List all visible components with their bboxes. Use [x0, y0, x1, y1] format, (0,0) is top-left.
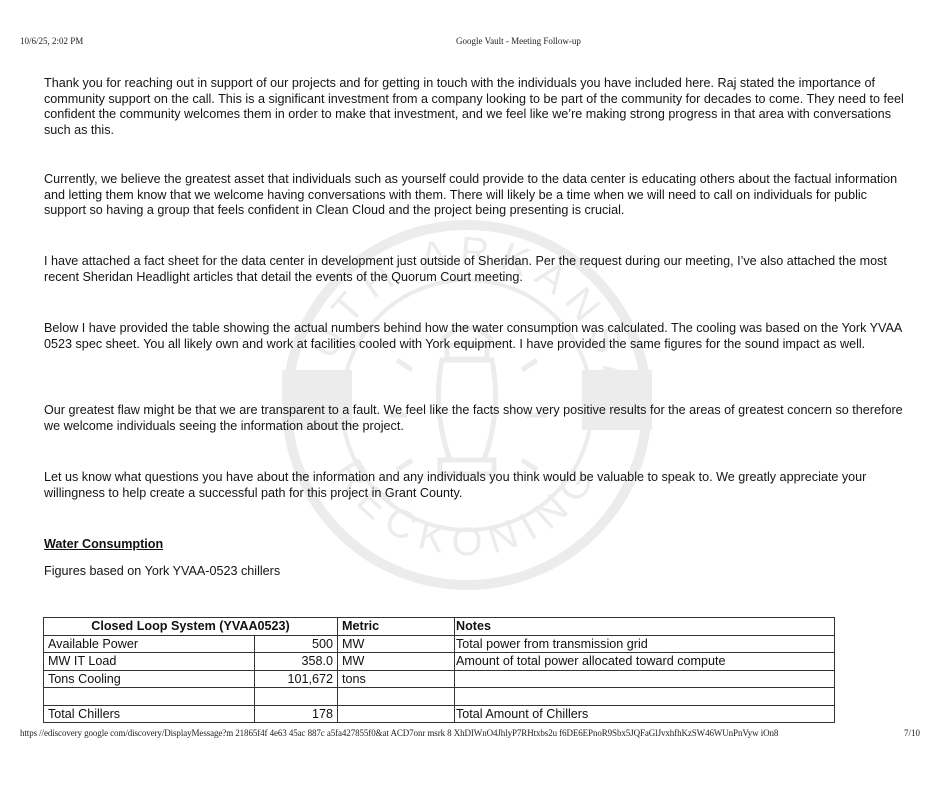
table-row: Total Chillers 178 Total Amount of Chill… — [44, 705, 835, 723]
row-metric — [338, 688, 455, 706]
section-subtitle: Figures based on York YVAA-0523 chillers — [44, 564, 280, 578]
row-label — [44, 688, 255, 706]
table-row — [44, 688, 835, 706]
print-datetime: 10/6/25, 2:02 PM — [20, 36, 83, 46]
row-metric: MW — [338, 653, 455, 671]
table-row: Tons Cooling 101,672 tons — [44, 670, 835, 688]
row-label: Total Chillers — [44, 705, 255, 723]
row-value: 101,672 — [255, 670, 338, 688]
table-row: Available Power 500 MW Total power from … — [44, 635, 835, 653]
table-row: MW IT Load 358.0 MW Amount of total powe… — [44, 653, 835, 671]
paragraph-table-intro: Below I have provided the table showing … — [44, 321, 904, 352]
row-metric — [338, 705, 455, 723]
header-system: Closed Loop System (YVAA0523) — [44, 618, 338, 636]
watermark-top-text: SOUTH ARKANSAS — [282, 220, 643, 403]
section-title-water-consumption: Water Consumption — [44, 537, 163, 551]
row-notes: Total power from transmission grid — [455, 635, 835, 653]
row-label: Available Power — [44, 635, 255, 653]
water-consumption-table: Closed Loop System (YVAA0523) Metric Not… — [43, 617, 835, 723]
row-value: 500 — [255, 635, 338, 653]
svg-text:SOUTH ARKANSAS: SOUTH ARKANSAS — [282, 220, 643, 403]
paragraph-greatest-asset: Currently, we believe the greatest asset… — [44, 172, 904, 219]
header-metric: Metric — [338, 618, 455, 636]
paragraph-attachments: I have attached a fact sheet for the dat… — [44, 254, 904, 285]
print-title: Google Vault - Meeting Follow-up — [456, 36, 581, 46]
row-value: 358.0 — [255, 653, 338, 671]
row-notes — [455, 670, 835, 688]
row-notes: Total Amount of Chillers — [455, 705, 835, 723]
row-label: Tons Cooling — [44, 670, 255, 688]
row-metric: MW — [338, 635, 455, 653]
print-url: https //ediscovery google com/discovery/… — [20, 728, 778, 738]
row-value — [255, 688, 338, 706]
table-header-row: Closed Loop System (YVAA0523) Metric Not… — [44, 618, 835, 636]
header-notes: Notes — [455, 618, 835, 636]
svg-text:RECKONING: RECKONING — [326, 452, 608, 565]
print-header: 10/6/25, 2:02 PM Google Vault - Meeting … — [0, 36, 940, 48]
print-footer: https //ediscovery google com/discovery/… — [0, 728, 940, 740]
paragraph-transparency: Our greatest flaw might be that we are t… — [44, 403, 904, 434]
row-metric: tons — [338, 670, 455, 688]
row-notes — [455, 688, 835, 706]
paragraph-closing: Let us know what questions you have abou… — [44, 470, 904, 501]
watermark-bottom-text: RECKONING — [326, 452, 608, 565]
row-label: MW IT Load — [44, 653, 255, 671]
page-number: 7/10 — [904, 728, 920, 738]
row-value: 178 — [255, 705, 338, 723]
row-notes: Amount of total power allocated toward c… — [455, 653, 835, 671]
paragraph-thanks: Thank you for reaching out in support of… — [44, 76, 904, 138]
